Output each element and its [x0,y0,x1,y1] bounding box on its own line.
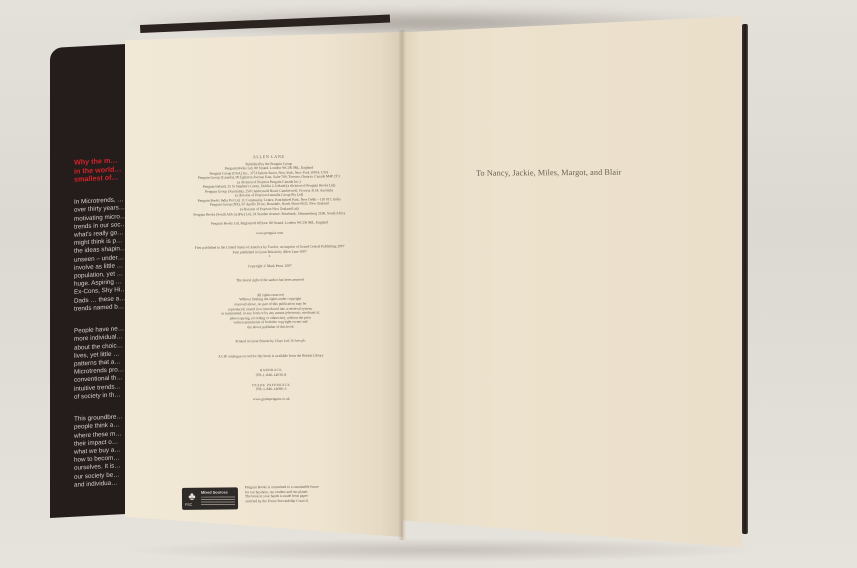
fsc-letters: FSC [185,503,192,507]
fsc-statement-line: certified by the Forest Stewardship Coun… [245,498,355,504]
fsc-label: Mixed Sources [201,490,228,494]
publisher-lines: Published by the Penguin GroupPenguin Bo… [134,160,405,217]
fsc-logo: ♣ Mixed Sources FSC [182,487,238,509]
fsc-fine-print [201,496,235,505]
copyright-text: ALLEN LANE Published by the Penguin Grou… [134,154,407,403]
fsc-section: ♣ Mixed Sources FSC Penguin Books is com… [182,484,382,516]
rights-reserved: All rights reservedWithout limiting the … [135,292,405,331]
fsc-statement: Penguin Books is committed to a sustaina… [245,484,355,504]
dedication-text: To Nancy, Jackie, Miles, Margot, and Bla… [476,167,676,177]
book-back-cover-edge [742,24,748,534]
dedication-page [400,16,742,564]
book-shadow-bottom [120,538,760,562]
isbn-list: HARDBACK978–1–846–14030–8TRADE PAPERBACK… [136,367,406,393]
